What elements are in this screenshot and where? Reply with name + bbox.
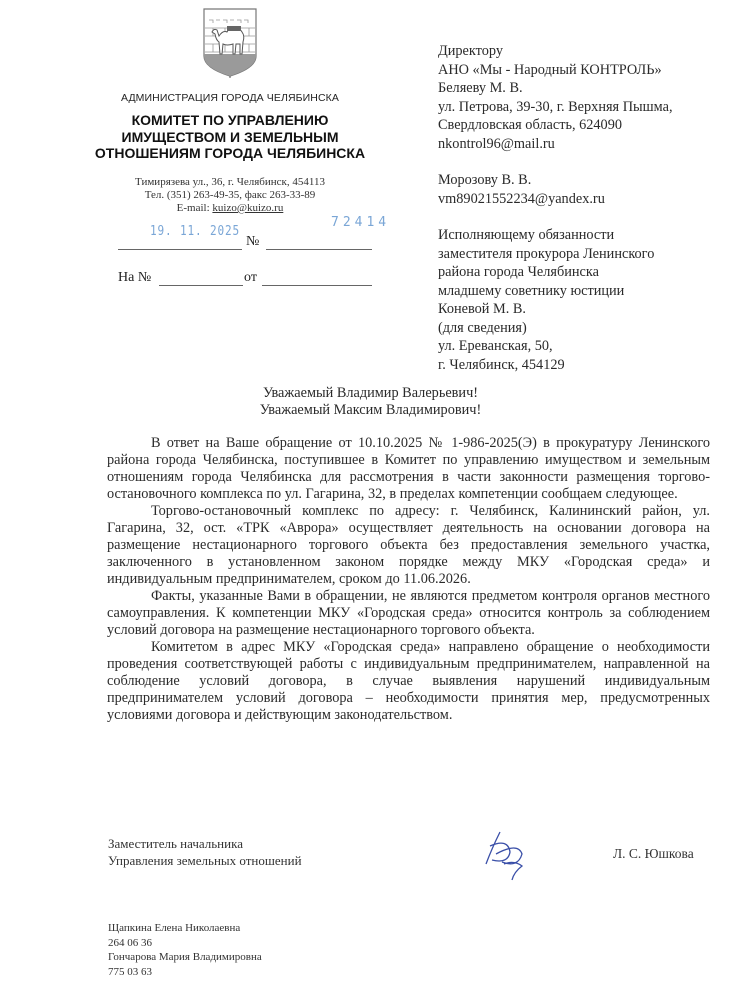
committee-line-3: ОТНОШЕНИЯМ ГОРОДА ЧЕЛЯБИНСКА <box>80 145 380 162</box>
committee-phone: Тел. (351) 263-49-35, факс 263-33-89 <box>100 189 360 202</box>
greeting-line-2: Уважаемый Максим Владимирович! <box>0 402 741 419</box>
committee-line-2: ИМУЩЕСТВОМ И ЗЕМЕЛЬНЫМ <box>80 129 380 146</box>
body-paragraph-3: Факты, указанные Вами в обращении, не яв… <box>107 588 710 639</box>
committee-contacts: Тимирязева ул., 36, г. Челябинск, 454113… <box>100 176 360 215</box>
administration-name: АДМИНИСТРАЦИЯ ГОРОДА ЧЕЛЯБИНСКА <box>90 92 370 104</box>
recipient-2: Морозову В. В. vm89021552234@yandex.ru <box>438 171 738 208</box>
recipient-3: Исполняющему обязанности заместителя про… <box>438 226 738 374</box>
signatory-position-line: Заместитель начальника <box>108 835 302 852</box>
body-paragraph-1: В ответ на Ваше обращение от 10.10.2025 … <box>107 435 710 503</box>
signatory-name: Л. С. Юшкова <box>613 846 694 862</box>
executor-name: Щапкина Елена Николаевна <box>108 921 262 936</box>
recipient-3-line: г. Челябинск, 454129 <box>438 356 738 375</box>
number-line <box>266 249 372 250</box>
recipient-1-email[interactable]: nkontrol96@mail.ru <box>438 135 738 154</box>
recipient-2-line: Морозову В. В. <box>438 171 738 190</box>
body-paragraph-2: Торгово-остановочный комплекс по адресу:… <box>107 503 710 588</box>
recipient-1: Директору АНО «Мы - Народный КОНТРОЛЬ» Б… <box>438 42 738 153</box>
email-label: E-mail: <box>177 202 213 214</box>
recipient-1-line: Беляеву М. В. <box>438 79 738 98</box>
recipient-3-line: Исполняющему обязанности <box>438 226 738 245</box>
executor-phone: 775 03 63 <box>108 965 262 980</box>
committee-email-link[interactable]: kuizo@kuizo.ru <box>212 202 283 214</box>
body-paragraph-4: Комитетом в адрес МКУ «Городская среда» … <box>107 639 710 724</box>
signatory-position-line: Управления земельных отношений <box>108 852 302 869</box>
reply-to-label: На № <box>118 270 151 286</box>
committee-name: КОМИТЕТ ПО УПРАВЛЕНИЮ ИМУЩЕСТВОМ И ЗЕМЕЛ… <box>80 112 380 162</box>
reply-to-line <box>159 285 243 286</box>
date-line <box>118 249 242 250</box>
signatory-position: Заместитель начальника Управления земель… <box>108 835 302 869</box>
recipient-2-email[interactable]: vm89021552234@yandex.ru <box>438 190 738 209</box>
committee-address: Тимирязева ул., 36, г. Челябинск, 454113 <box>100 176 360 189</box>
recipient-3-line: Коневой М. В. <box>438 300 738 319</box>
executors-block: Щапкина Елена Николаевна 264 06 36 Гонча… <box>108 921 262 979</box>
executor-phone: 264 06 36 <box>108 936 262 951</box>
executor-name: Гончарова Мария Владимировна <box>108 950 262 965</box>
number-stamp: 72414 <box>331 215 390 230</box>
recipient-1-line: Директору <box>438 42 738 61</box>
recipient-1-line: АНО «Мы - Народный КОНТРОЛЬ» <box>438 61 738 80</box>
coat-of-arms-icon <box>201 6 259 78</box>
date-stamp: 19. 11. 2025 <box>150 224 240 239</box>
recipient-1-line: Свердловская область, 624090 <box>438 116 738 135</box>
letter-body: В ответ на Ваше обращение от 10.10.2025 … <box>107 435 710 724</box>
recipient-3-line: заместителя прокурора Ленинского <box>438 245 738 264</box>
number-label: № <box>246 234 259 250</box>
handwritten-signature-icon <box>478 830 538 882</box>
reply-from-line <box>262 285 372 286</box>
recipient-1-line: ул. Петрова, 39-30, г. Верхняя Пышма, <box>438 98 738 117</box>
committee-email-row: E-mail: kuizo@kuizo.ru <box>100 202 360 215</box>
recipient-3-line: района города Челябинска <box>438 263 738 282</box>
recipient-3-line: младшему советнику юстиции <box>438 282 738 301</box>
greeting: Уважаемый Владимир Валерьевич! Уважаемый… <box>0 385 741 419</box>
reply-from-label: от <box>244 270 257 286</box>
committee-line-1: КОМИТЕТ ПО УПРАВЛЕНИЮ <box>80 112 380 129</box>
recipient-3-line: (для сведения) <box>438 319 738 338</box>
recipients-block: Директору АНО «Мы - Народный КОНТРОЛЬ» Б… <box>438 42 738 374</box>
greeting-line-1: Уважаемый Владимир Валерьевич! <box>0 385 741 402</box>
recipient-3-line: ул. Ереванская, 50, <box>438 337 738 356</box>
